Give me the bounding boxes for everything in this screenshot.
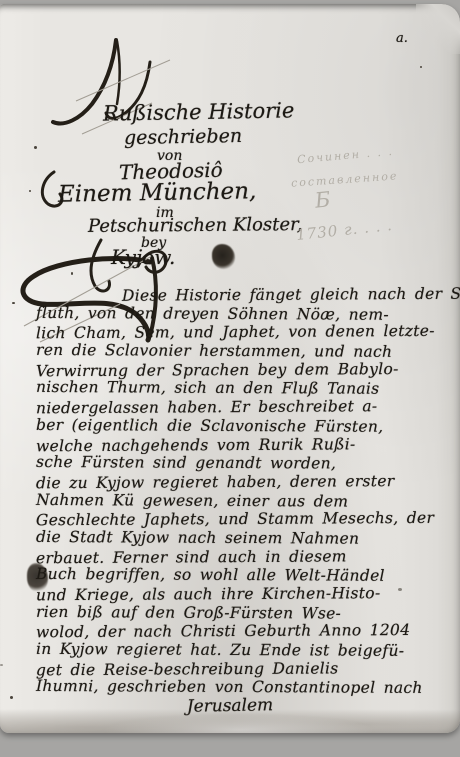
body-line: Buch begriffen, so wohl alle Welt-Händel <box>36 565 446 586</box>
pencil-note: составленное <box>291 169 399 189</box>
pencil-note: Б <box>314 187 332 212</box>
body-line: die zu Kyjow regieret haben, deren erste… <box>36 472 446 493</box>
paper-speck <box>10 696 13 699</box>
body-line: ber (eigentlich die Sclavonische Fürsten… <box>36 416 446 437</box>
body-line: Geschlechte Japhets, und Stamm Mesechs, … <box>36 509 446 530</box>
pencil-note: Сочинен . . . <box>297 145 395 166</box>
body-line: Diese Historie fänget gleich nach der Sü… <box>36 285 446 306</box>
title-line: Einem München, <box>58 178 257 207</box>
title-line: Kyjow. <box>111 245 175 269</box>
body-line: wolod, der nach Christi Geburth Anno 120… <box>36 621 446 642</box>
body-line: nischen Thurm, sich an den Fluß Tanais <box>36 378 446 399</box>
body-line: die Stadt Kyjow nach seinem Nahmen <box>36 528 446 549</box>
scanner-background: a. <box>0 0 460 757</box>
pencil-note: 1730 г. . . . <box>295 216 393 244</box>
page-corner-fold <box>416 4 460 54</box>
paper-speck <box>0 664 3 666</box>
paper-speck <box>12 302 15 304</box>
page-edge-grime <box>0 703 460 733</box>
title-line: geschrieben <box>124 125 242 149</box>
folio-mark: a. <box>396 31 408 46</box>
paper-speck <box>71 272 73 275</box>
title-line: Petschurischen Kloster, <box>88 214 303 237</box>
body-line: ren die Sclavonier herstammen, und nach <box>36 341 446 362</box>
paper-speck <box>29 190 31 192</box>
kyjow-initial-flourish <box>91 240 110 291</box>
ink-stamp <box>212 244 235 269</box>
body-line: in Kyjow regieret hat. Zu Ende ist beige… <box>36 640 446 661</box>
body-text: Diese Historie fänget gleich nach der Sü… <box>36 286 446 697</box>
manuscript-page: a. <box>0 4 460 733</box>
body-line: sche Fürsten sind genandt worden, <box>36 453 446 474</box>
paper-speck <box>420 66 422 68</box>
title-line: Rußische Historie <box>103 98 295 125</box>
body-line: und Kriege, als auch ihre Kirchen-Histo- <box>36 584 446 605</box>
body-line: lich Cham, Sem, und Japhet, von denen le… <box>36 322 446 343</box>
paper-speck <box>34 146 37 149</box>
body-line: niedergelassen haben. Er beschreibet a- <box>36 397 446 418</box>
paper-speck <box>398 588 402 591</box>
